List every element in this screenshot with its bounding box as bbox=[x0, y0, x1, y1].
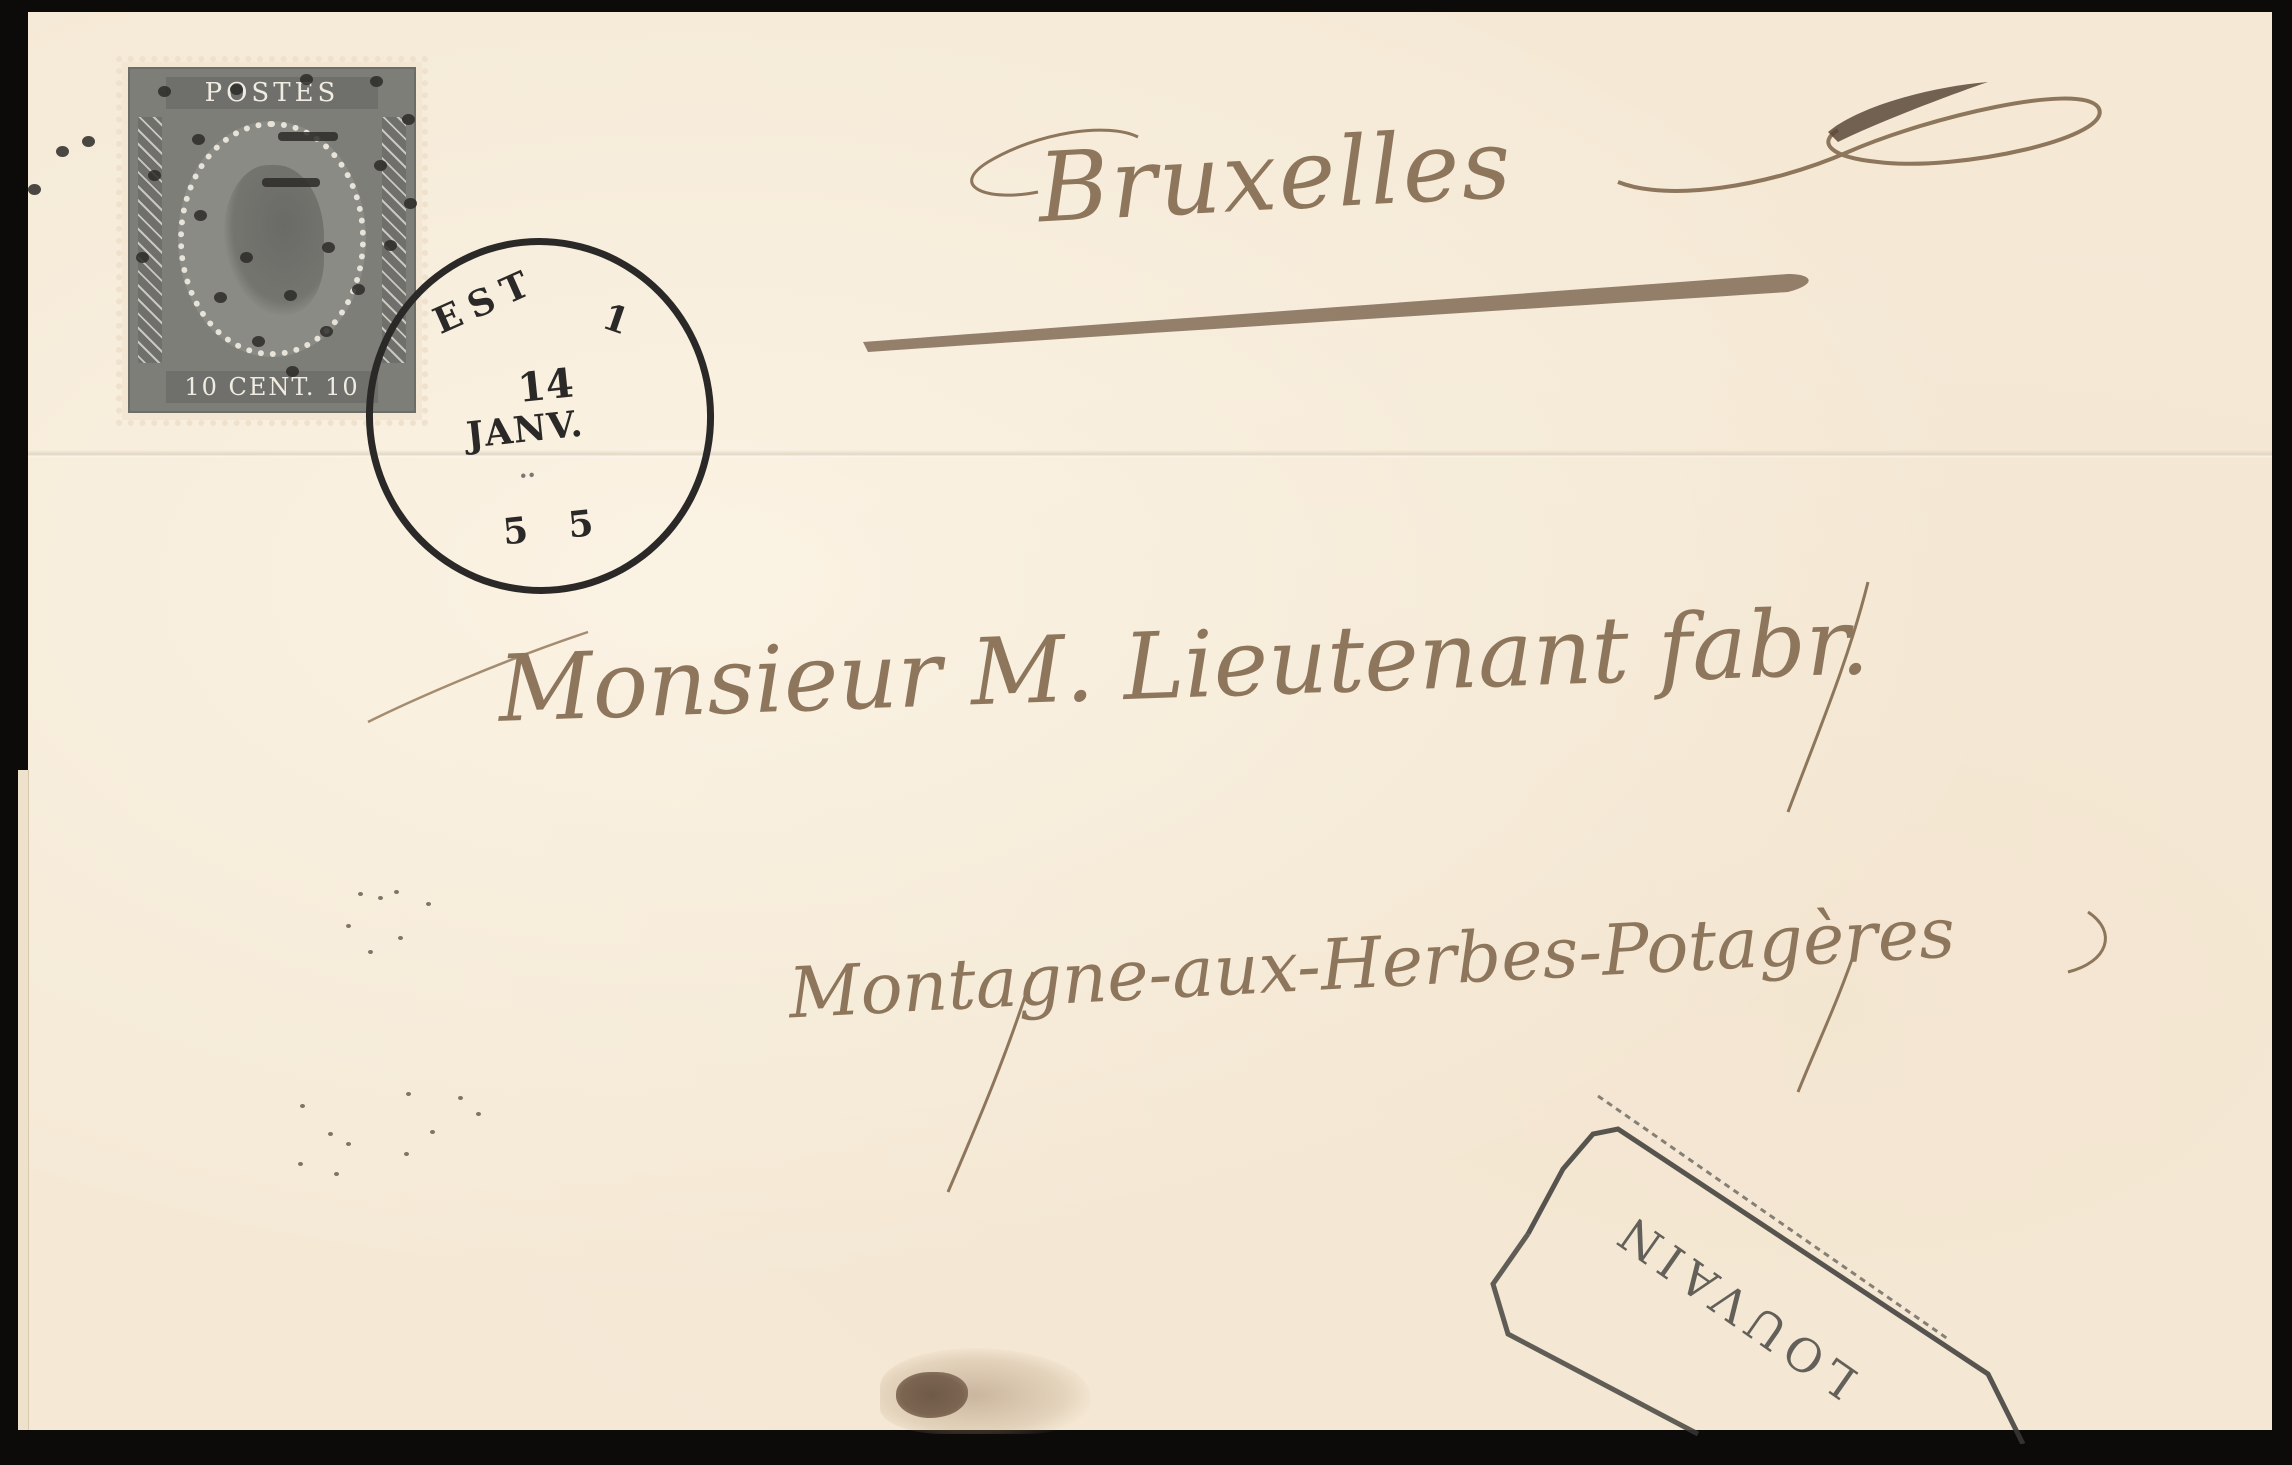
left-edge-fold bbox=[18, 770, 29, 1430]
city-flourish bbox=[1618, 99, 2100, 191]
cds-month: JANV. bbox=[464, 403, 585, 457]
stamp-top-legend: POSTES bbox=[166, 77, 378, 109]
street-address: Montagne-aux-Herbes-Potagères bbox=[787, 892, 1957, 1035]
addressee-name: Monsieur M. Lieutenant fabr. bbox=[497, 588, 1871, 743]
ink-blot bbox=[1828, 82, 1988, 142]
postal-cover: POSTES 10 CENT. 10 bbox=[28, 12, 2272, 1430]
underline-stroke bbox=[863, 274, 1809, 352]
origin-handstamp-box bbox=[1468, 1074, 2068, 1444]
destination-city: Bruxelles bbox=[1035, 108, 1515, 245]
stamp-side-ornament bbox=[138, 117, 162, 363]
street-end-loop bbox=[2068, 912, 2105, 972]
cds-hour-mark: ·· bbox=[518, 460, 538, 491]
cds-office-name: EST bbox=[427, 259, 545, 342]
king-portrait-icon bbox=[224, 165, 324, 315]
stamp-value-legend: 10 CENT. 10 bbox=[166, 371, 378, 403]
cds-year: 5 5 bbox=[501, 501, 609, 554]
cds-office-number: 1 bbox=[597, 296, 634, 344]
horizontal-fold-line bbox=[28, 450, 2272, 458]
stamp-portrait-oval bbox=[178, 121, 366, 357]
